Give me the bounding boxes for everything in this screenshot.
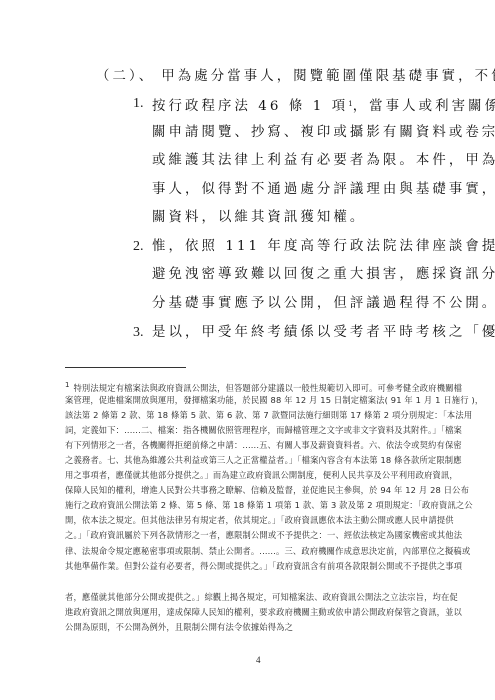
item-number-1: 1. — [133, 96, 144, 112]
page-number: 4 — [256, 655, 261, 665]
footnote-line-1: 1特別法規定有檔案法與政府資訊公開法，但答題部分建議以一般性規範切入即可。可參考… — [65, 380, 462, 394]
item-1-line-3: 或維護其法律上利益有必要者為限。本件，甲為上開處分當 — [152, 153, 495, 169]
footnote-line-10: 開，依本法之規定。但其他法律另有規定者，依其規定。」「政府資訊應依本法主動公開或… — [65, 515, 454, 526]
item-number-2: 2. — [133, 239, 144, 255]
item-1-line-4: 事人，似得對不通過處分評議理由與基礎事實，申請閱覽相 — [152, 182, 495, 198]
footnote-line-7: 用之事項者，應僅就其他部分提供之。」而為建立政府資訊公開制度，便利人民共享及公平… — [65, 470, 458, 481]
section-marker: （二）、 — [96, 69, 155, 84]
item-2-line-3: 分基礎事實應予以公開，但評議過程得不公開。 — [152, 296, 495, 312]
document-page: （二）、甲為處分當事人，閱覽範圍僅限基礎事實，不包含評議理由 1. 按行政程序法… — [0, 0, 495, 700]
footnote-marker: 1 — [65, 381, 69, 389]
footnote-line-14: 者，應僅就其他部分公開或提供之。」綜觀上揭各規定，可知檔案法、政府資訊公開法之立… — [65, 592, 458, 603]
footnote-separator — [65, 367, 186, 368]
item-2-line-1: 惟，依照 111 年度高等行政法院法律座談會提案第 6 號，為 — [152, 239, 495, 255]
footnote-line-4: 詞，定義如下：......二、檔案：指各機關依照管理程序，而歸檔管理之文字或非文… — [65, 425, 462, 436]
footnote-line-12: 律、法規命令規定應秘密事項或限制、禁止公開者。......。三、政府機關作成意思… — [65, 546, 470, 557]
footnote-line-11: 之。」「政府資訊屬於下列各款情形之一者，應限制公開或不予提供之：一、經依法核定為… — [65, 530, 462, 541]
footnote-line-16: 公開為原則，不公開為例外，且限制公開有法令依據始得為之 — [65, 622, 293, 633]
footnote-line-3: 該法第 2 條第 2 款、第 18 條第 5 款、第 6 款、第 7 款暨同法施… — [65, 410, 472, 421]
item-number-3: 3. — [133, 325, 144, 341]
footnote-line-8: 保障人民知的權利，增進人民對公共事務之瞭解、信賴及監督，並促進民主參與，於 94… — [65, 485, 469, 496]
section-heading: （二）、甲為處分當事人，閱覽範圍僅限基礎事實，不包含評議理由 — [96, 69, 495, 85]
footnote-line-13: 其他準備作業。但對公益有必要者，得公開或提供之。」「政府資訊含有前項各款限制公開… — [65, 561, 462, 572]
item-1-line-2: 關申請閱覽、抄寫、複印或攝影有關資料或卷宗。但以主張 — [152, 125, 495, 141]
footnote-line-5: 有下列情形之一者，各機關得拒絕前條之申請：......五、有關人事及薪資資料者。… — [65, 440, 462, 451]
footnote-line-9: 施行之政府資訊公開法第 2 條、第 5 條、第 18 條第 1 項第 1 款、第… — [65, 500, 473, 511]
item-1-line-5: 關資料，以維其資訊獲知權。 — [152, 210, 366, 226]
footnote-line-2: 案管理，促進檔案開放與運用，發揮檔案功能，於民國 88 年 12 月 15 日制… — [65, 395, 483, 406]
section-title: 甲為處分當事人，閱覽範圍僅限基礎事實，不包含評議理由 — [161, 69, 495, 84]
item-2-line-2: 避免洩密導致難以回復之重大損害，應採資訊分離原則，區 — [152, 267, 495, 283]
footnote-line-15: 進政府資訊之開放與運用，達成保障人民知的權利，要求政府機關主動或依申請公開政府保… — [65, 607, 462, 618]
item-3-line-1: 是以，甲受年終考績係以受考者平時考核之「優劣事實」為 — [152, 325, 495, 341]
footnote-line-6: 之義務者。七、其他為維護公共利益或第三人之正當權益者。」「檔案內容含有本法第 1… — [65, 455, 462, 466]
item-1-line-1: 按行政程序法 46 條 1 項1，當事人或利害關係人得向行政機 — [152, 96, 495, 115]
